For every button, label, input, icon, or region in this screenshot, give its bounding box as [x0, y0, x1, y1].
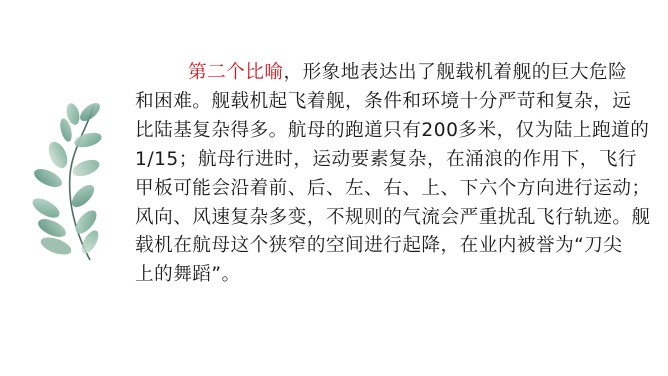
body-paragraph: 第二个比喻，形象地表达出了舰载机着舰的巨大危险 和困难。舰载机起飞着舰，条件和环… — [135, 59, 635, 290]
text-line: 上的舞蹈”。 — [135, 261, 635, 290]
text-line: 和困难。舰载机起飞着舰，条件和环境十分严苛和复杂，远 — [135, 88, 635, 117]
slide: 第二个比喻，形象地表达出了舰载机着舰的巨大危险 和困难。舰载机起飞着舰，条件和环… — [0, 0, 668, 376]
text-line: 风向、风速复杂多变，不规则的气流会严重扰乱飞行轨迹。舰 — [135, 204, 635, 233]
text-line: 甲板可能会沿着前、后、左、右、上、下六个方向进行运动； — [135, 175, 635, 204]
highlight-term: 第二个比喻 — [188, 62, 283, 83]
text-line: 1/15；航母行进时，运动要素复杂，在涌浪的作用下，飞行 — [135, 146, 635, 175]
eucalyptus-leaf-icon — [28, 100, 108, 265]
text-line: 载机在航母这个狭窄的空间进行起降，在业内被誉为“刀尖 — [135, 232, 635, 261]
text-line: 比陆基复杂得多。航母的跑道只有200多米，仅为陆上跑道的 — [135, 117, 635, 146]
text-line: 第二个比喻，形象地表达出了舰载机着舰的巨大危险 — [135, 59, 635, 88]
